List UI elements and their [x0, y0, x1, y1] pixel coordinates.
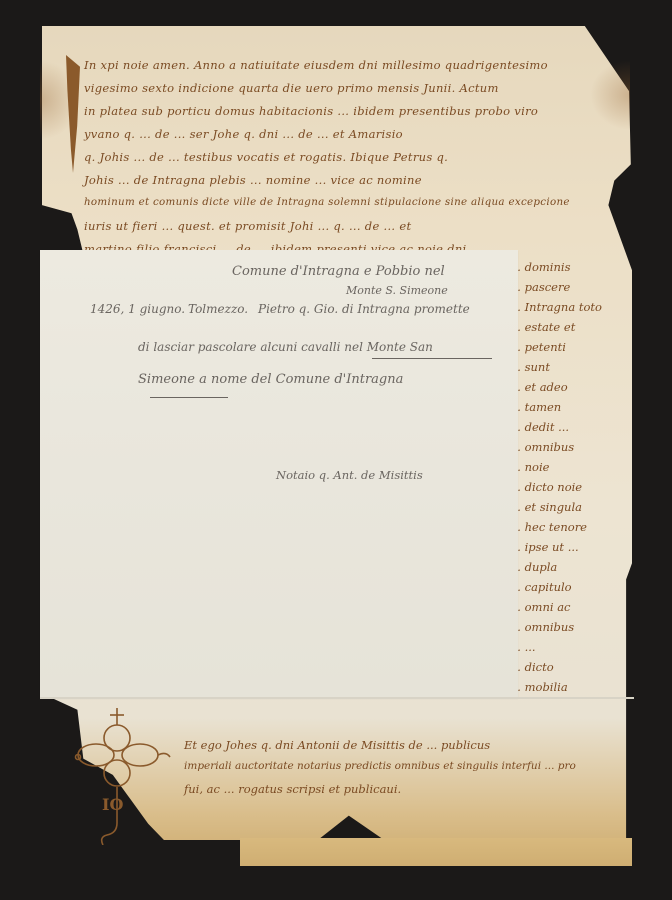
- latin-line: iuris ut fieri ... quest. et promisit Jo…: [84, 219, 411, 233]
- latin-line: vigesimo sexto indicione quarta die uero…: [84, 81, 499, 95]
- subscription-line: imperiali auctoritate notarius predictis…: [184, 760, 576, 772]
- note-text: Pietro q. Gio. di Intragna promette: [258, 302, 470, 316]
- note-title: Comune d'Intragna e Pobbio nel: [232, 264, 445, 279]
- latin-line: in platea sub porticu domus habitacionis…: [84, 104, 538, 118]
- text-fragment: ... mobilia: [510, 680, 568, 694]
- latin-line: In xpi noie amen. Anno a natiuitate eius…: [84, 58, 548, 72]
- text-fragment: ... omni ac: [510, 600, 571, 614]
- text-fragment: ... omnibus: [510, 620, 574, 634]
- text-fragment: ... capitulo: [510, 580, 572, 594]
- text-fragment: ... pascere: [510, 280, 570, 294]
- svg-text:IO: IO: [102, 795, 123, 814]
- text-fragment: ... dedit ...: [510, 420, 569, 434]
- text-fragment: ... et singula: [510, 500, 582, 514]
- text-fragment: ... Intragna toto: [510, 300, 602, 314]
- latin-line: Johis ... de Intragna plebis ... nomine …: [84, 173, 422, 187]
- text-fragment: ... et adeo: [510, 380, 568, 394]
- text-fragment: ... ipse ut ...: [510, 540, 579, 554]
- latin-line: q. Johis ... de ... testibus vocatis et …: [84, 150, 448, 164]
- text-fragment: ... dicto noie: [510, 480, 582, 494]
- note-date: 1426, 1 giugno.: [90, 302, 185, 316]
- note-place: Tolmezzo.: [188, 302, 248, 316]
- text-fragment: ... estate et: [510, 320, 575, 334]
- text-fragment: ... omnibus: [510, 440, 574, 454]
- parchment-fold-strip: [240, 838, 632, 866]
- latin-line: yvano q. ... de ... ser Johe q. dni ... …: [84, 127, 403, 141]
- water-stain: [590, 60, 630, 130]
- text-fragment: ... dominis: [510, 260, 570, 274]
- underline: [150, 397, 228, 398]
- underline: [372, 358, 492, 359]
- note-text: Simeone a nome del Comune d'Intragna: [138, 372, 403, 387]
- note-notary: Notaio q. Ant. de Misittis: [276, 468, 423, 482]
- slip-edge: [40, 697, 634, 699]
- note-title-2: Monte S. Simeone: [346, 284, 448, 297]
- subscription-line: Et ego Johes q. dni Antonii de Misittis …: [184, 738, 490, 752]
- text-fragment: ... petenti: [510, 340, 566, 354]
- text-fragment: ... hec tenore: [510, 520, 587, 534]
- notarial-signum-icon: IO: [72, 705, 182, 845]
- latin-line: hominum et comunis dicte ville de Intrag…: [84, 196, 570, 208]
- note-text: di lasciar pascolare alcuni cavalli nel …: [138, 340, 433, 354]
- subscription-line: fui, ac ... rogatus scripsi et publicaui…: [184, 782, 401, 796]
